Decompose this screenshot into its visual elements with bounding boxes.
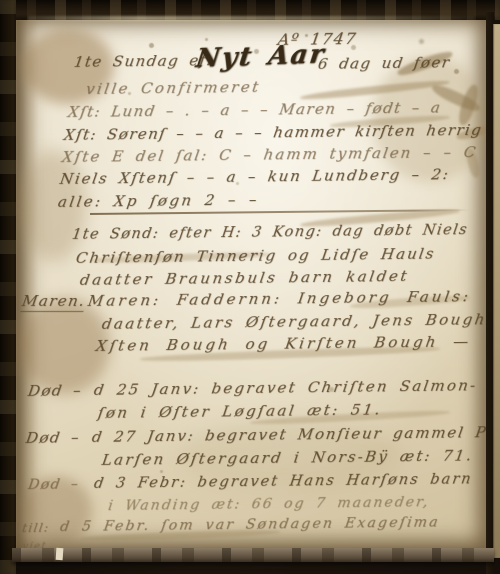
margin-note: till: (21, 521, 50, 535)
entry-line: 1te Sundag ef: (73, 51, 215, 71)
margin-death-note: Død – (25, 428, 82, 447)
page-edge-highlight (28, 16, 474, 21)
sum-line: alle: Xp ſøgn 2 – – (57, 191, 261, 211)
entry-line: 6 dag ud føer (317, 53, 452, 73)
adjacent-page-edge (493, 24, 500, 558)
photographed-register-page: Aº 1747 1te Sundag ef: Nyt Aar 6 dag ud … (0, 0, 500, 574)
page-bottom-edge (12, 548, 494, 562)
margin-name-note: Maren. (20, 292, 86, 312)
margin-death-note: Død – (27, 476, 81, 493)
margin-death-note: Død – (27, 381, 84, 400)
new-year-heading: Nyt Aar (194, 40, 327, 74)
burial-entry-line: ſøn i Øſter Løgſaal æt: 51. (97, 401, 384, 422)
binding-crease (16, 20, 38, 550)
page-corner-highlight (56, 548, 64, 560)
book-frame-left (0, 0, 16, 574)
entry-line: ville Confirmeret (85, 78, 262, 98)
